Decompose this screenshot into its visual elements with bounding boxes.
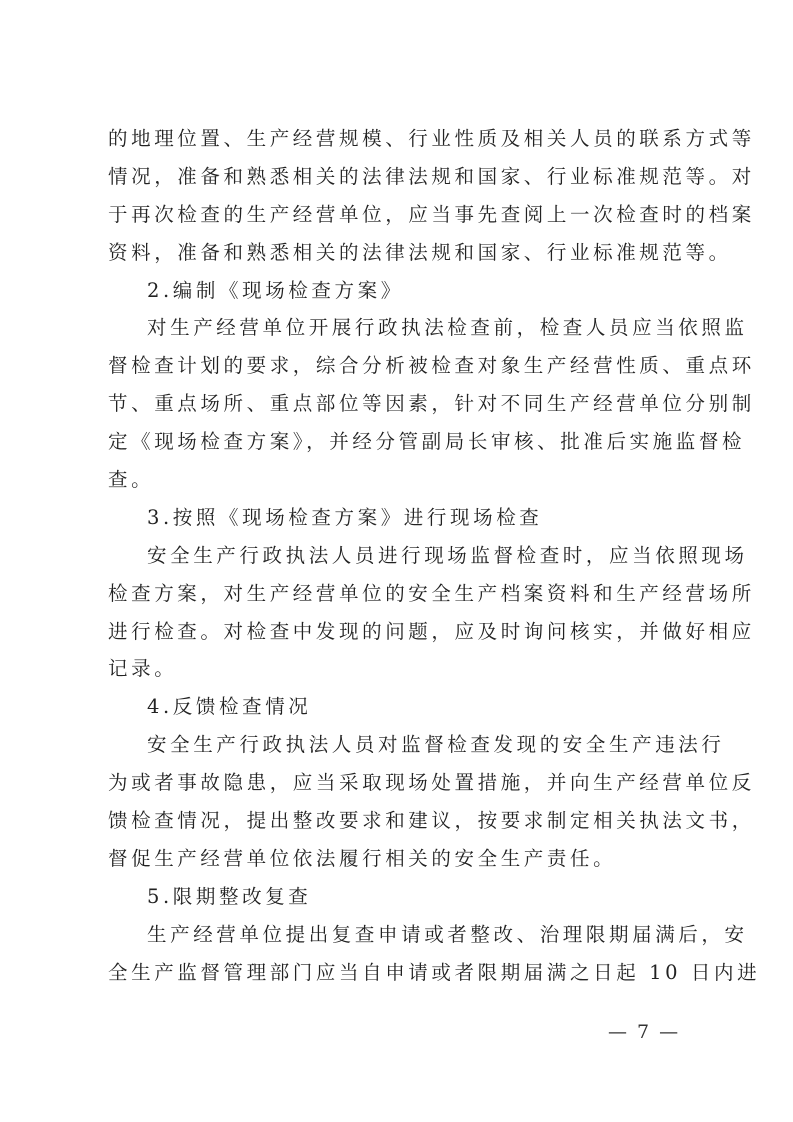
body-line: 督检查计划的要求，综合分析被检查对象生产经营性质、重点环 — [108, 347, 692, 385]
body-line: 全生产监督管理部门应当自申请或者限期届满之日起 10 日内进 — [108, 954, 692, 992]
page-number: — 7 — — [608, 1021, 680, 1043]
body-line: 进行检查。对检查中发现的问题，应及时询问核实，并做好相应 — [108, 613, 692, 651]
body-line: 馈检查情况，提出整改要求和建议，按要求制定相关执法文书， — [108, 802, 692, 840]
body-line: 情况，准备和熟悉相关的法律法规和国家、行业标准规范等。对 — [108, 158, 692, 196]
section-heading-2: 2.编制《现场检查方案》 — [108, 272, 692, 310]
section-heading-4: 4.反馈检查情况 — [108, 688, 692, 726]
section-heading-3: 3.按照《现场检查方案》进行现场检查 — [108, 499, 692, 537]
body-line: 检查方案，对生产经营单位的安全生产档案资料和生产经营场所 — [108, 575, 692, 613]
body-line: 安全生产行政执法人员进行现场监督检查时，应当依照现场 — [108, 537, 692, 575]
body-line: 生产经营单位提出复查申请或者整改、治理限期届满后，安 — [108, 916, 692, 954]
section-heading-5: 5.限期整改复查 — [108, 878, 692, 916]
body-line: 定《现场检查方案》，并经分管副局长审核、批准后实施监督检 — [108, 423, 692, 461]
body-line: 对生产经营单位开展行政执法检查前，检查人员应当依照监 — [108, 309, 692, 347]
body-line: 于再次检查的生产经营单位，应当事先查阅上一次检查时的档案 — [108, 196, 692, 234]
body-line: 为或者事故隐患，应当采取现场处置措施，并向生产经营单位反 — [108, 764, 692, 802]
body-line: 查。 — [108, 461, 692, 499]
body-line: 记录。 — [108, 650, 692, 688]
body-line: 安全生产行政执法人员对监督检查发现的安全生产违法行 — [108, 726, 692, 764]
document-body: 的地理位置、生产经营规模、行业性质及相关人员的联系方式等 情况，准备和熟悉相关的… — [108, 120, 692, 991]
body-line: 的地理位置、生产经营规模、行业性质及相关人员的联系方式等 — [108, 120, 692, 158]
body-line: 资料，准备和熟悉相关的法律法规和国家、行业标准规范等。 — [108, 234, 692, 272]
body-line: 督促生产经营单位依法履行相关的安全生产责任。 — [108, 840, 692, 878]
body-line: 节、重点场所、重点部位等因素，针对不同生产经营单位分别制 — [108, 385, 692, 423]
